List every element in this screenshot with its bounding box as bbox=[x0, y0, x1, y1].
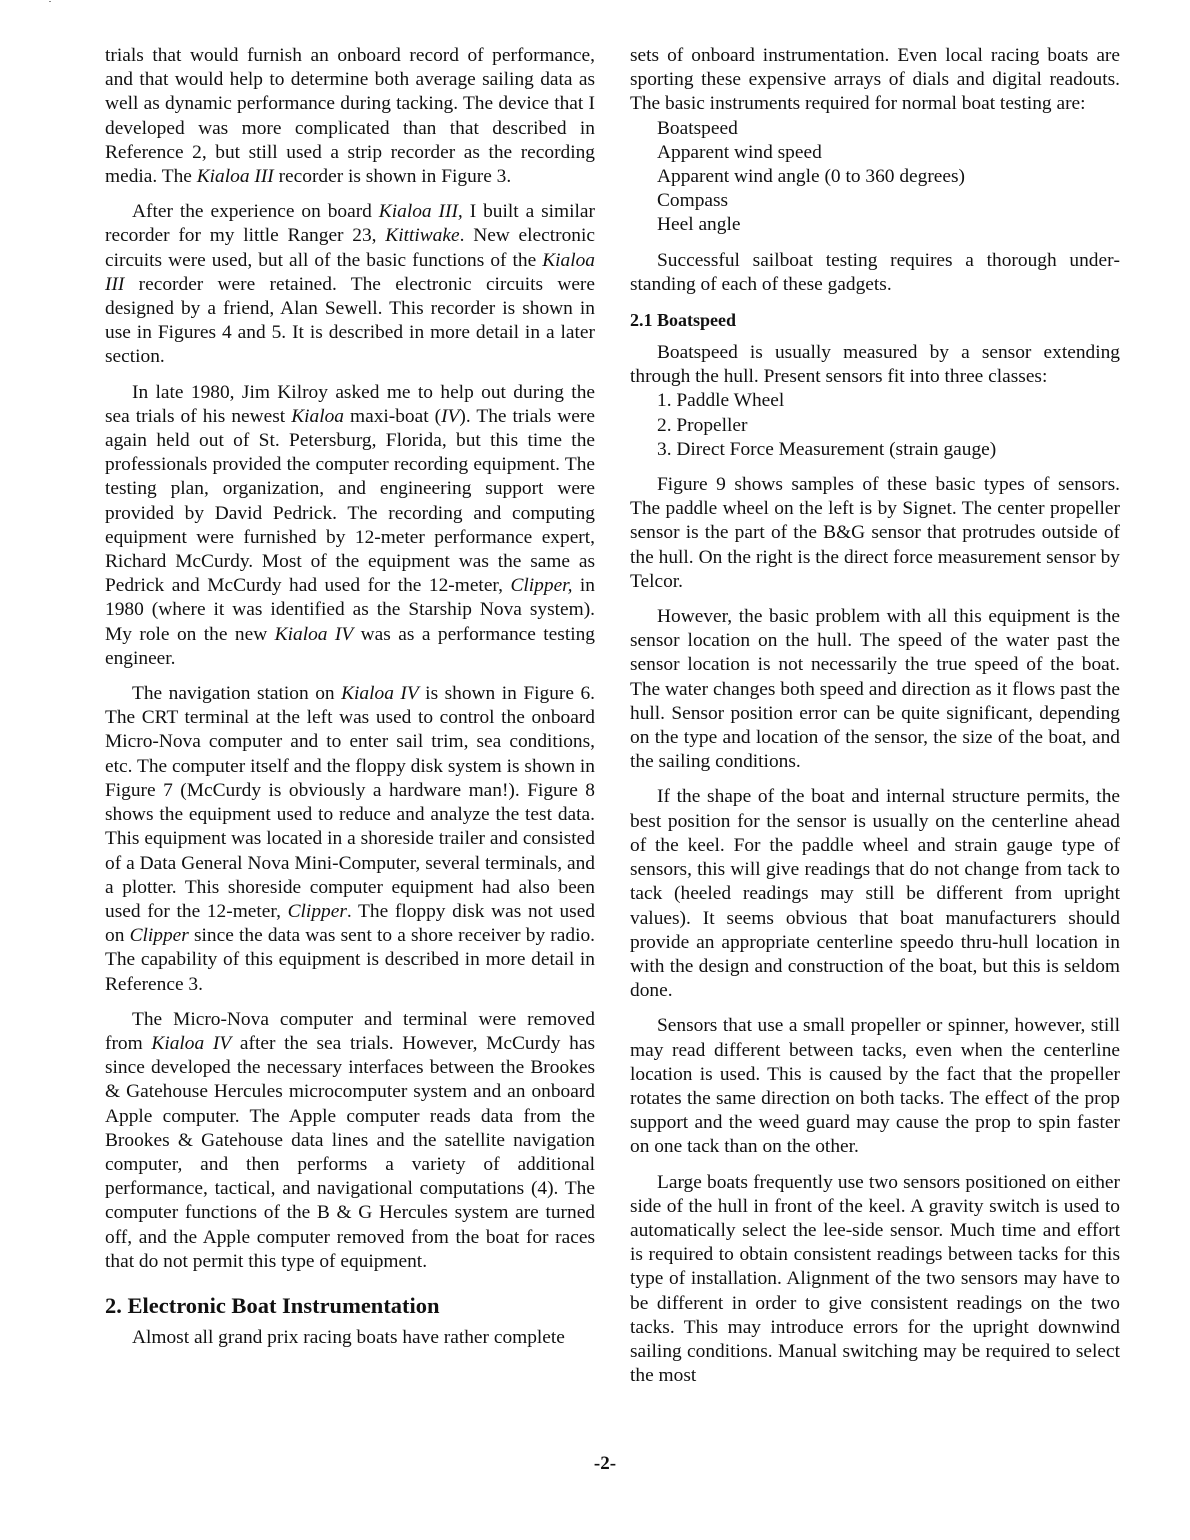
list-item: Apparent wind speed bbox=[630, 141, 1120, 165]
boat-name: Clipper bbox=[130, 925, 189, 946]
text: After the experience on board bbox=[132, 201, 379, 222]
boat-name: Kialoa IV bbox=[341, 683, 419, 704]
list-item: 3. Direct Force Measurement (strain gaug… bbox=[630, 438, 1120, 462]
sensor-class-list: 1. Paddle Wheel 2. Propeller 3. Direct F… bbox=[630, 389, 1120, 462]
paragraph-gadgets: Successful sailboat testing requires a t… bbox=[630, 249, 1120, 297]
boat-name: Kialoa IV bbox=[275, 624, 354, 645]
paragraph-grand-prix-intro: Almost all grand prix racing boats have … bbox=[105, 1326, 595, 1350]
boat-name: Clipper bbox=[288, 901, 347, 922]
text: after the sea trials. However, McCurdy h… bbox=[105, 1033, 595, 1272]
paragraph-boatspeed-sensor: Boatspeed is usually measured by a senso… bbox=[630, 341, 1120, 389]
paragraph-micro-nova-removed: The Micro-Nova computer and terminal wer… bbox=[105, 1008, 595, 1274]
boat-name: IV bbox=[441, 406, 459, 427]
boat-name: Kialoa III, bbox=[379, 201, 463, 222]
instrument-list: Boatspeed Apparent wind speed Apparent w… bbox=[630, 117, 1120, 238]
boat-name: Kialoa III bbox=[197, 166, 274, 187]
paragraph-kittiwake-recorder: After the experience on board Kialoa III… bbox=[105, 200, 595, 369]
list-item: 2. Propeller bbox=[630, 414, 1120, 438]
scan-artifact-mark bbox=[49, 1, 51, 2]
text: ). The trials were again held out of St.… bbox=[105, 406, 595, 596]
paragraph-sensor-location: However, the basic problem with all this… bbox=[630, 605, 1120, 774]
page-number: -2- bbox=[0, 1453, 1190, 1475]
subsection-heading: 2.1 Boatspeed bbox=[630, 308, 1120, 332]
text: recorder were retained. The electronic c… bbox=[105, 274, 595, 368]
paragraph-kialoa-iii-recorder: trials that would furnish an onboard rec… bbox=[105, 44, 595, 189]
right-column: sets of onboard instrumentation. Even lo… bbox=[630, 44, 1120, 1388]
list-item: Boatspeed bbox=[630, 117, 1120, 141]
text: The navigation station on bbox=[132, 683, 341, 704]
text: maxi-boat ( bbox=[344, 406, 441, 427]
paragraph-instrumentation-intro: sets of onboard instrumentation. Even lo… bbox=[630, 44, 1120, 117]
text: recorder is shown in Figure 3. bbox=[274, 166, 512, 187]
text: is shown in Figure 6. The CRT terminal a… bbox=[105, 683, 595, 922]
list-item: 1. Paddle Wheel bbox=[630, 389, 1120, 413]
list-item: Heel angle bbox=[630, 213, 1120, 237]
list-item: Apparent wind angle (0 to 360 degrees) bbox=[630, 165, 1120, 189]
section-heading: 2. Electronic Boat Instrumentation bbox=[105, 1292, 595, 1320]
boat-name: Kittiwake bbox=[385, 225, 459, 246]
paragraph-large-boats: Large boats frequently use two sensors p… bbox=[630, 1171, 1120, 1389]
paragraph-navigation-station: The navigation station on Kialoa IV is s… bbox=[105, 682, 595, 997]
boat-name: Clipper, bbox=[510, 575, 572, 596]
boat-name: Kialoa IV bbox=[151, 1033, 231, 1054]
list-item: Compass bbox=[630, 189, 1120, 213]
left-column: trials that would furnish an onboard rec… bbox=[105, 44, 595, 1350]
paragraph-kialoa-iv-trials: In late 1980, Jim Kilroy asked me to hel… bbox=[105, 381, 595, 671]
paragraph-centerline-position: If the shape of the boat and internal st… bbox=[630, 785, 1120, 1003]
boat-name: Kialoa bbox=[291, 406, 344, 427]
paragraph-propeller-sensors: Sensors that use a small propeller or sp… bbox=[630, 1014, 1120, 1159]
paragraph-figure-9: Figure 9 shows samples of these basic ty… bbox=[630, 473, 1120, 594]
